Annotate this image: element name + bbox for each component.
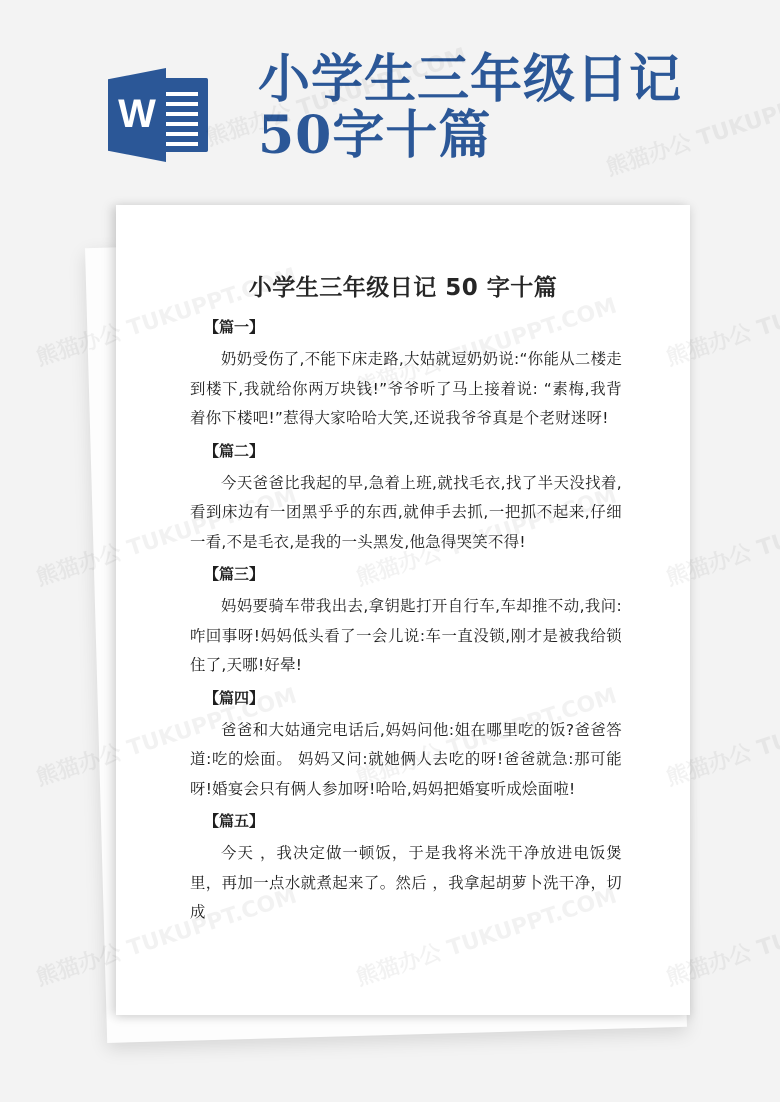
banner-title-line-2: 50字十篇 — [258, 108, 778, 164]
diary-section-2: 【篇二】 今天爸爸比我起的早,急着上班,就找毛衣,找了半天没找着,看到床边有一团… — [190, 441, 622, 558]
section-heading: 【篇四】 — [190, 688, 622, 708]
section-paragraph: 爸爸和大姑通完电话后,妈妈问他:姐在哪里吃的饭?爸爸答道:吃的烩面。 妈妈又问:… — [190, 716, 622, 805]
diary-section-5: 【篇五】 今天 ，我决定做一顿饭，于是我将米洗干净放进电饭煲里，再加一点水就煮起… — [190, 811, 622, 928]
diary-section-1: 【篇一】 奶奶受伤了,不能下床走路,大姑就逗奶奶说:“你能从二楼走到楼下,我就给… — [190, 317, 622, 434]
word-icon-letter: W — [114, 94, 160, 134]
section-paragraph: 今天 ，我决定做一顿饭，于是我将米洗干净放进电饭煲里，再加一点水就煮起来了。然后… — [190, 839, 622, 928]
section-heading: 【篇二】 — [190, 441, 622, 461]
section-paragraph: 今天爸爸比我起的早,急着上班,就找毛衣,找了半天没找着,看到床边有一团黑乎乎的东… — [190, 469, 622, 558]
section-heading: 【篇三】 — [190, 564, 622, 584]
diary-section-4: 【篇四】 爸爸和大姑通完电话后,妈妈问他:姐在哪里吃的饭?爸爸答道:吃的烩面。 … — [190, 688, 622, 805]
banner-title-line-1: 小学生三年级日记 — [258, 52, 778, 108]
word-document-icon: W — [108, 68, 210, 162]
document-title: 小学生三年级日记 50 字十篇 — [116, 273, 690, 303]
banner-title: 小学生三年级日记 50字十篇 — [258, 52, 778, 164]
section-heading: 【篇五】 — [190, 811, 622, 831]
section-heading: 【篇一】 — [190, 317, 622, 337]
document-body: 【篇一】 奶奶受伤了,不能下床走路,大姑就逗奶奶说:“你能从二楼走到楼下,我就给… — [190, 317, 622, 935]
banner: W 小学生三年级日记 50字十篇 — [0, 0, 780, 190]
diary-section-3: 【篇三】 妈妈要骑车带我出去,拿钥匙打开自行车,车却推不动,我问:咋回事呀!妈妈… — [190, 564, 622, 681]
document-page: 小学生三年级日记 50 字十篇 【篇一】 奶奶受伤了,不能下床走路,大姑就逗奶奶… — [116, 205, 690, 1015]
section-paragraph: 妈妈要骑车带我出去,拿钥匙打开自行车,车却推不动,我问:咋回事呀!妈妈低头看了一… — [190, 592, 622, 681]
section-paragraph: 奶奶受伤了,不能下床走路,大姑就逗奶奶说:“你能从二楼走到楼下,我就给你两万块钱… — [190, 345, 622, 434]
